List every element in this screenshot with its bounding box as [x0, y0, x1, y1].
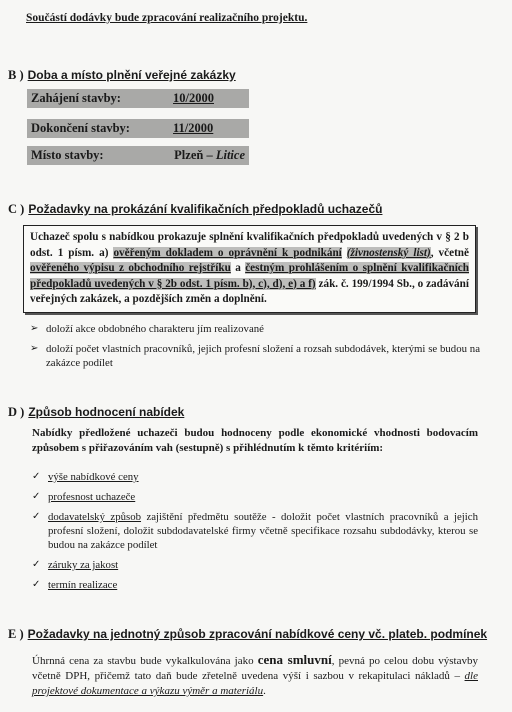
criteria-list: ✓ výše nabídkové ceny ✓ profesnost uchaz…: [32, 470, 482, 598]
evaluation-intro: Nabídky předložené uchazeči budou hodnoc…: [32, 426, 478, 456]
highlight-trade-license: (živnostenský list): [347, 247, 431, 259]
section-title: Doba a místo plnění veřejné zakázky: [28, 68, 236, 82]
section-title: Požadavky na prokázání kvalifikačních př…: [28, 202, 382, 216]
list-item: ✓ dodavatelský způsob zajištění předmětu…: [32, 510, 478, 552]
section-e-heading: E )Požadavky na jednotný způsob zpracová…: [8, 627, 487, 642]
section-letter: B ): [8, 68, 24, 82]
price-text: Úhrnná cena za stavbu bude vykalkulována…: [32, 655, 258, 667]
qualification-bullets: ➢ doloží akce obdobného charakteru jím r…: [30, 322, 480, 376]
start-date-row: Zahájení stavby: 10/2000: [27, 89, 249, 108]
criterion-text: termín realizace: [48, 578, 117, 592]
start-date-value: 10/2000: [173, 91, 214, 106]
price-text: .: [263, 685, 266, 697]
contract-price: cena smluvní: [258, 652, 332, 667]
section-title: Požadavky na jednotný způsob zpracování …: [28, 627, 487, 641]
section-b-heading: B )Doba a místo plnění veřejné zakázky: [8, 68, 236, 83]
section-title: Způsob hodnocení nabídek: [28, 405, 184, 419]
bullet-text: doloží počet vlastních pracovníků, jejic…: [46, 342, 480, 370]
list-item: ➢ doloží akce obdobného charakteru jím r…: [30, 322, 480, 336]
criterion-text: výše nabídkové ceny: [48, 470, 139, 484]
section-letter: D ): [8, 405, 24, 419]
checkmark-icon: ✓: [32, 490, 48, 504]
place-city: Plzeň –: [174, 148, 213, 162]
criterion-text: záruky za jakost: [48, 558, 118, 572]
place-label: Místo stavby:: [31, 148, 173, 163]
highlight-register: ověřeného výpisu z obchodního rejstříku: [30, 262, 231, 274]
checkmark-icon: ✓: [32, 578, 48, 592]
start-date-label: Zahájení stavby:: [31, 91, 173, 106]
checkmark-icon: ✓: [32, 558, 48, 572]
end-date-label: Dokončení stavby:: [31, 121, 173, 136]
list-item: ✓ výše nabídkové ceny: [32, 470, 482, 484]
price-paragraph: Úhrnná cena za stavbu bude vykalkulována…: [32, 652, 478, 699]
intro-statement: Součástí dodávky bude zpracování realiza…: [26, 12, 307, 24]
section-letter: C ): [8, 202, 24, 216]
box-text: , včetně: [431, 247, 469, 259]
arrow-bullet-icon: ➢: [30, 342, 46, 370]
list-item: ➢ doloží počet vlastních pracovníků, jej…: [30, 342, 480, 370]
qualification-box: Uchazeč spolu s nabídkou prokazuje splně…: [23, 225, 476, 313]
place-row: Místo stavby: Plzeň – Litice: [27, 146, 249, 165]
checkmark-icon: ✓: [32, 510, 48, 552]
end-date-value: 11/2000: [173, 121, 213, 136]
bullet-text: doloží akce obdobného charakteru jím rea…: [46, 322, 264, 336]
place-value: Plzeň – Litice: [174, 148, 245, 163]
section-d-heading: D )Způsob hodnocení nabídek: [8, 405, 184, 420]
box-text: a: [231, 262, 245, 274]
criterion-text: profesnost uchazeče: [48, 490, 135, 504]
highlight-license: ověřeným dokladem o oprávnění k podnikán…: [113, 247, 341, 259]
end-date-row: Dokončení stavby: 11/2000: [27, 119, 249, 138]
checkmark-icon: ✓: [32, 470, 48, 484]
list-item: ✓ profesnost uchazeče: [32, 490, 482, 504]
list-item: ✓ záruky za jakost: [32, 558, 482, 572]
place-district: Litice: [216, 148, 245, 162]
section-c-heading: C )Požadavky na prokázání kvalifikačních…: [8, 202, 382, 217]
list-item: ✓ termín realizace: [32, 578, 482, 592]
criterion-text: dodavatelský způsob zajištění předmětu s…: [48, 510, 478, 552]
section-letter: E ): [8, 627, 24, 641]
arrow-bullet-icon: ➢: [30, 322, 46, 336]
